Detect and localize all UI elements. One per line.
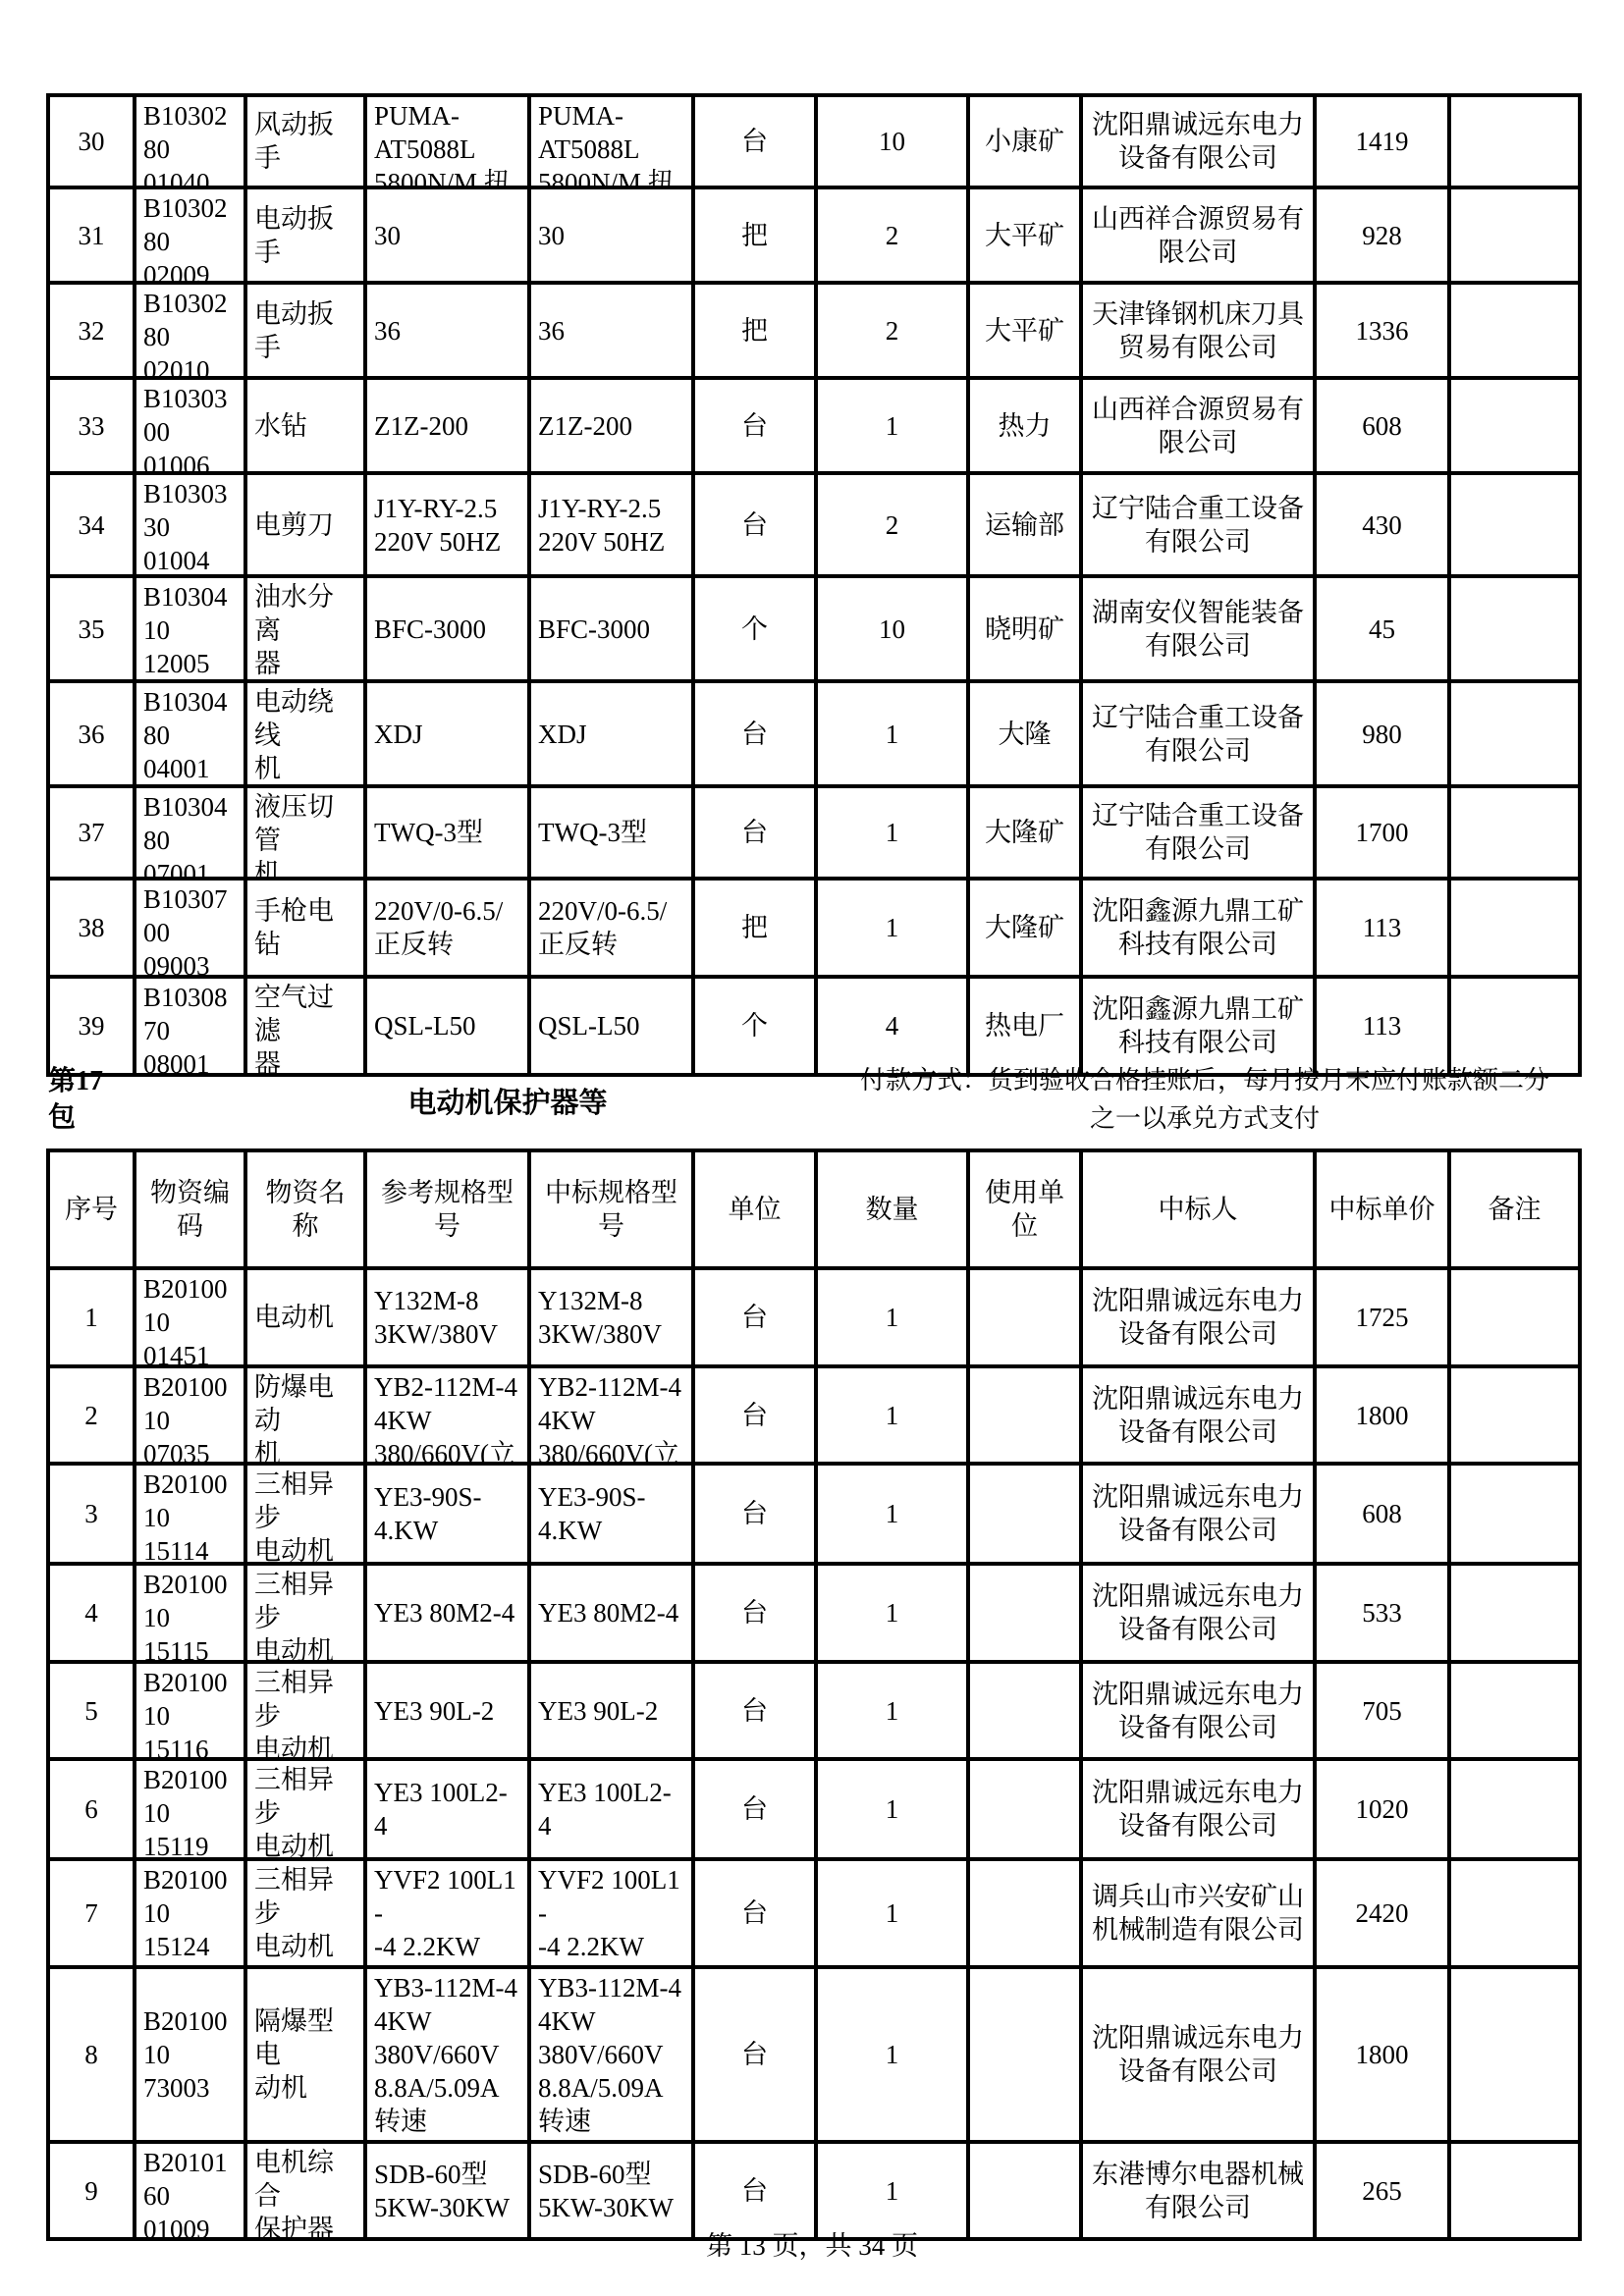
header-row: 序号物资编 码物资名称参考规格型 号中标规格型 号单位数量使用单位中标人中标单价…	[48, 1150, 1580, 1268]
cell-code: B1030480 04001	[135, 681, 245, 786]
cell-text	[970, 1807, 1079, 1811]
award-table-package-17: 序号物资编 码物资名称参考规格型 号中标规格型 号单位数量使用单位中标人中标单价…	[46, 1148, 1582, 2241]
cell-text: 台	[695, 2172, 814, 2210]
cell-qty: 1	[816, 681, 968, 786]
header-name: 物资名称	[245, 1150, 365, 1268]
table-row: 3B2010010 15114三相异步 电动机YE3-90S- 4.KWYE3-…	[48, 1464, 1580, 1564]
cell-text: 430	[1317, 507, 1447, 544]
cell-text: YB3-112M-4 4KW 380V/660V 8.8A/5.09A 转速	[367, 1969, 527, 2140]
cell-index: 33	[48, 378, 135, 473]
cell-user-unit: 大隆矿	[968, 786, 1081, 879]
cell-remark	[1449, 1268, 1580, 1366]
cell-text: 10	[818, 611, 966, 648]
cell-text: 小康矿	[970, 123, 1079, 160]
cell-user-unit	[968, 1464, 1081, 1564]
cell-text: 三相异步 电动机	[247, 1566, 363, 1660]
cell-text: 35	[50, 611, 133, 648]
cell-text	[970, 1611, 1079, 1615]
cell-text: 台	[695, 1895, 814, 1932]
cell-text: 个	[695, 1007, 814, 1044]
cell-text: 30	[50, 123, 133, 160]
cell-qty: 2	[816, 283, 968, 378]
cell-text	[1451, 830, 1578, 834]
cell-user-unit: 小康矿	[968, 95, 1081, 187]
cell-remark	[1449, 576, 1580, 681]
table-row: 8B2010010 73003隔爆型电 动机YB3-112M-4 4KW 380…	[48, 1967, 1580, 2142]
cell-price: 113	[1315, 879, 1449, 977]
cell-text: 电机综合 保护器	[247, 2144, 363, 2237]
table-row: 5B2010010 15116三相异步 电动机YE3 90L-2YE3 90L-…	[48, 1662, 1580, 1759]
cell-price: 980	[1315, 681, 1449, 786]
cell-name: 三相异步 电动机	[245, 1662, 365, 1759]
table-row: 37B1030480 07001液压切管 机TWQ-3型TWQ-3型台1大隆矿辽…	[48, 786, 1580, 879]
cell-text	[1451, 1709, 1578, 1713]
cell-index: 30	[48, 95, 135, 187]
cell-text	[970, 2189, 1079, 2193]
table-row: 31B1030280 02009电动扳手3030把2大平矿山西祥合源贸易有 限公…	[48, 187, 1580, 283]
cell-unit: 台	[693, 681, 816, 786]
cell-ref-spec: Z1Z-200	[365, 378, 529, 473]
package-section: 第17包 电动机保护器等 付款方式：货到验收合格挂账后，每月按月末应付账款额二分…	[46, 1053, 1578, 1148]
cell-ref-spec: Y132M-8 3KW/380V	[365, 1268, 529, 1366]
cell-win-spec: 30	[529, 187, 693, 283]
cell-remark	[1449, 1967, 1580, 2142]
table-row: 1B2010010 01451电动机Y132M-8 3KW/380VY132M-…	[48, 1268, 1580, 1366]
cell-unit: 台	[693, 378, 816, 473]
cell-text: J1Y-RY-2.5 220V 50HZ	[531, 490, 691, 561]
header-user-unit: 使用单位	[968, 1150, 1081, 1268]
cell-text: 沈阳鑫源九鼎工矿 科技有限公司	[1083, 892, 1313, 963]
cell-text: 5	[50, 1692, 133, 1730]
cell-index: 8	[48, 1967, 135, 2142]
cell-text: YB2-112M-4 4KW 380/660V(立	[367, 1368, 527, 1462]
cell-text: 台	[695, 1495, 814, 1532]
cell-user-unit	[968, 1967, 1081, 2142]
cell-remark	[1449, 681, 1580, 786]
cell-user-unit	[968, 1268, 1081, 1366]
cell-text: 1	[818, 716, 966, 753]
cell-text: 220V/0-6.5/ 正反转	[531, 892, 691, 963]
cell-qty: 1	[816, 1464, 968, 1564]
cell-price: 1020	[1315, 1759, 1449, 1859]
cell-user-unit: 大隆	[968, 681, 1081, 786]
cell-text: 沈阳鑫源九鼎工矿 科技有限公司	[1083, 990, 1313, 1061]
cell-text	[1451, 139, 1578, 143]
cell-unit: 台	[693, 1464, 816, 1564]
cell-text: 电动扳手	[247, 295, 363, 366]
cell-text: YVF2 100L1- -4 2.2KW 380V 5.2A	[367, 1861, 527, 1965]
cell-text: B2010010 73003	[136, 2002, 244, 2107]
cell-text: 4	[818, 1007, 966, 1044]
cell-text: 1700	[1317, 814, 1447, 851]
cell-index: 7	[48, 1859, 135, 1967]
cell-unit: 台	[693, 1967, 816, 2142]
cell-remark	[1449, 95, 1580, 187]
cell-user-unit	[968, 1859, 1081, 1967]
cell-text: 大平矿	[970, 312, 1079, 349]
cell-code: B1030410 12005	[135, 576, 245, 681]
cell-price: 2420	[1315, 1859, 1449, 1967]
cell-text: 3	[50, 1495, 133, 1532]
cell-ref-spec: YB3-112M-4 4KW 380V/660V 8.8A/5.09A 转速	[365, 1967, 529, 2142]
cell-text: 湖南安仪智能装备 有限公司	[1083, 594, 1313, 665]
cell-user-unit: 大隆矿	[968, 879, 1081, 977]
header-win-spec: 中标规格型 号	[529, 1150, 693, 1268]
cell-index: 2	[48, 1366, 135, 1464]
cell-ref-spec: YVF2 100L1- -4 2.2KW 380V 5.2A	[365, 1859, 529, 1967]
cell-code: B2010010 15124	[135, 1859, 245, 1967]
cell-text: 台	[695, 1397, 814, 1434]
cell-text: TWQ-3型	[531, 814, 691, 851]
table2-header: 序号物资编 码物资名称参考规格型 号中标规格型 号单位数量使用单位中标人中标单价…	[48, 1150, 1580, 1268]
cell-text: 电动机	[247, 1299, 363, 1336]
cell-remark	[1449, 187, 1580, 283]
cell-text: 台	[695, 123, 814, 160]
cell-index: 37	[48, 786, 135, 879]
cell-text: 台	[695, 1299, 814, 1336]
cell-user-unit	[968, 1366, 1081, 1464]
cell-text: B1030280 02009	[136, 189, 244, 281]
cell-text	[970, 1911, 1079, 1915]
cell-win-spec: YVF2 100L1- -4 2.2KW 380V 5.2A	[529, 1859, 693, 1967]
cell-text: B1030280 02010	[136, 285, 244, 376]
cell-ref-spec: 220V/0-6.5/ 正反转	[365, 879, 529, 977]
cell-text: 东港博尔电器机械 有限公司	[1083, 2156, 1313, 2226]
cell-text: 928	[1317, 217, 1447, 254]
cell-text: Y132M-8 3KW/380V	[367, 1282, 527, 1353]
cell-index: 3	[48, 1464, 135, 1564]
cell-text: 220V/0-6.5/ 正反转	[367, 892, 527, 963]
cell-text: J1Y-RY-2.5 220V 50HZ	[367, 490, 527, 561]
cell-text: 沈阳鼎诚远东电力 设备有限公司	[1083, 1774, 1313, 1844]
cell-name: 隔爆型电 动机	[245, 1967, 365, 2142]
cell-index: 34	[48, 473, 135, 576]
cell-price: 1700	[1315, 786, 1449, 879]
cell-winner: 辽宁陆合重工设备 有限公司	[1081, 786, 1315, 879]
cell-text: 9	[50, 2172, 133, 2210]
cell-text	[1451, 1807, 1578, 1811]
cell-ref-spec: YE3 80M2-4	[365, 1564, 529, 1662]
cell-text: 大隆	[970, 716, 1079, 753]
cell-text: YB3-112M-4 4KW 380V/660V 8.8A/5.09A 转速	[531, 1969, 691, 2140]
cell-text: 辽宁陆合重工设备 有限公司	[1083, 490, 1313, 561]
cell-text: 辽宁陆合重工设备 有限公司	[1083, 699, 1313, 770]
cell-winner: 山西祥合源贸易有 限公司	[1081, 378, 1315, 473]
cell-qty: 1	[816, 1759, 968, 1859]
cell-text: 2	[818, 217, 966, 254]
table2-body: 1B2010010 01451电动机Y132M-8 3KW/380VY132M-…	[48, 1268, 1580, 2239]
cell-user-unit: 热力	[968, 378, 1081, 473]
cell-text: 手枪电钻	[247, 892, 363, 963]
cell-text: 山西祥合源贸易有 限公司	[1083, 391, 1313, 461]
cell-text: YE3 80M2-4	[531, 1594, 691, 1631]
cell-user-unit	[968, 1759, 1081, 1859]
document-page: 30B1030280 01040风动扳手PUMA- AT5088L 5800N/…	[0, 0, 1624, 2296]
cell-text: 36	[50, 716, 133, 753]
header-code: 物资编 码	[135, 1150, 245, 1268]
cell-unit: 台	[693, 1564, 816, 1662]
cell-win-spec: YE3 90L-2	[529, 1662, 693, 1759]
cell-text: 608	[1317, 1495, 1447, 1532]
cell-text: 大隆矿	[970, 909, 1079, 946]
cell-ref-spec: 36	[365, 283, 529, 378]
cell-text: 705	[1317, 1692, 1447, 1730]
cell-code: B1030280 02010	[135, 283, 245, 378]
cell-name: 三相异步 电动机	[245, 1464, 365, 1564]
cell-text: 4	[50, 1594, 133, 1631]
cell-text: B2010010 15115	[136, 1566, 244, 1660]
cell-text: SDB-60型 5KW-30KW	[531, 2156, 691, 2226]
cell-win-spec: PUMA- AT5088L 5800N/M 扭	[529, 95, 693, 187]
cell-code: B2010010 15119	[135, 1759, 245, 1859]
cell-text: 热力	[970, 407, 1079, 445]
cell-remark	[1449, 1564, 1580, 1662]
cell-text	[970, 1709, 1079, 1713]
cell-win-spec: YE3-90S- 4.KW	[529, 1464, 693, 1564]
cell-text: 隔爆型电 动机	[247, 2002, 363, 2107]
cell-user-unit	[968, 1662, 1081, 1759]
table-row: 35B1030410 12005油水分离 器BFC-3000BFC-3000个1…	[48, 576, 1580, 681]
table-row: 7B2010010 15124三相异步 电动机YVF2 100L1- -4 2.…	[48, 1859, 1580, 1967]
cell-user-unit	[968, 1564, 1081, 1662]
cell-code: B1030280 02009	[135, 187, 245, 283]
cell-text: 1	[818, 2172, 966, 2210]
cell-qty: 1	[816, 378, 968, 473]
cell-text: 电动绕线 机	[247, 683, 363, 784]
cell-text: 使用单位	[970, 1174, 1079, 1245]
cell-ref-spec: TWQ-3型	[365, 786, 529, 879]
header-winner: 中标人	[1081, 1150, 1315, 1268]
cell-ref-spec: YE3 100L2-4	[365, 1759, 529, 1859]
cell-index: 6	[48, 1759, 135, 1859]
table-row: 30B1030280 01040风动扳手PUMA- AT5088L 5800N/…	[48, 95, 1580, 187]
cell-text: 533	[1317, 1594, 1447, 1631]
cell-code: B2010010 73003	[135, 1967, 245, 2142]
cell-text: 113	[1317, 1007, 1447, 1044]
cell-text: B2010010 01451	[136, 1270, 244, 1364]
cell-text	[970, 1512, 1079, 1516]
cell-text: 三相异步 电动机	[247, 1664, 363, 1757]
cell-price: 1336	[1315, 283, 1449, 378]
cell-text	[1451, 1611, 1578, 1615]
cell-unit: 台	[693, 1662, 816, 1759]
cell-text: 1800	[1317, 1397, 1447, 1434]
cell-text: 6	[50, 1790, 133, 1828]
cell-text: 物资名称	[247, 1174, 363, 1245]
cell-text: B1030330 01004	[136, 475, 244, 574]
header-price: 中标单价	[1315, 1150, 1449, 1268]
cell-win-spec: 36	[529, 283, 693, 378]
cell-text: 台	[695, 716, 814, 753]
cell-remark	[1449, 473, 1580, 576]
cell-unit: 台	[693, 1268, 816, 1366]
cell-unit: 个	[693, 576, 816, 681]
cell-text	[1451, 424, 1578, 428]
cell-text: 数量	[818, 1191, 966, 1228]
cell-text: 980	[1317, 716, 1447, 753]
cell-text: 沈阳鼎诚远东电力 设备有限公司	[1083, 1478, 1313, 1549]
cell-text: 1	[50, 1299, 133, 1336]
cell-text: YE3-90S- 4.KW	[531, 1478, 691, 1549]
cell-text: B2010010 15124	[136, 1861, 244, 1965]
header-index: 序号	[48, 1150, 135, 1268]
cell-qty: 1	[816, 786, 968, 879]
cell-name: 电剪刀	[245, 473, 365, 576]
cell-text: XDJ	[531, 716, 691, 753]
cell-ref-spec: YB2-112M-4 4KW 380/660V(立	[365, 1366, 529, 1464]
cell-text: 沈阳鼎诚远东电力 设备有限公司	[1083, 2019, 1313, 2090]
cell-remark	[1449, 786, 1580, 879]
cell-qty: 1	[816, 1268, 968, 1366]
cell-unit: 把	[693, 283, 816, 378]
cell-text: YE3 90L-2	[367, 1692, 527, 1730]
cell-index: 36	[48, 681, 135, 786]
cell-winner: 沈阳鼎诚远东电力 设备有限公司	[1081, 1464, 1315, 1564]
package-title: 电动机保护器等	[301, 1081, 714, 1121]
cell-win-spec: YE3 80M2-4	[529, 1564, 693, 1662]
cell-qty: 2	[816, 187, 968, 283]
cell-text: 1	[818, 1594, 966, 1631]
cell-text: B1030280 01040	[136, 97, 244, 186]
cell-text	[1451, 732, 1578, 736]
cell-text	[1451, 1315, 1578, 1319]
table-row: 6B2010010 15119三相异步 电动机YE3 100L2-4YE3 10…	[48, 1759, 1580, 1859]
cell-name: 电动扳手	[245, 283, 365, 378]
page-footer: 第 13 页，共 34 页	[0, 2224, 1624, 2263]
header-unit: 单位	[693, 1150, 816, 1268]
cell-text: 台	[695, 814, 814, 851]
cell-text: 山西祥合源贸易有 限公司	[1083, 200, 1313, 271]
cell-win-spec: BFC-3000	[529, 576, 693, 681]
payment-terms: 付款方式：货到验收合格挂账后，每月按月末应付账款额二分之一以承兑方式支付	[851, 1061, 1558, 1138]
cell-text: 晓明矿	[970, 611, 1079, 648]
cell-win-spec: XDJ	[529, 681, 693, 786]
cell-text: 1	[818, 909, 966, 946]
cell-text: 电剪刀	[247, 507, 363, 544]
cell-remark	[1449, 1759, 1580, 1859]
cell-text: 中标人	[1083, 1191, 1313, 1228]
cell-text: 沈阳鼎诚远东电力 设备有限公司	[1083, 1676, 1313, 1746]
header-ref-spec: 参考规格型 号	[365, 1150, 529, 1268]
cell-remark	[1449, 1662, 1580, 1759]
cell-text: 三相异步 电动机	[247, 1466, 363, 1562]
cell-text: 台	[695, 1692, 814, 1730]
cell-text: 把	[695, 909, 814, 946]
cell-text	[1451, 1414, 1578, 1417]
cell-qty: 1	[816, 1564, 968, 1662]
cell-price: 608	[1315, 1464, 1449, 1564]
cell-text: YVF2 100L1- -4 2.2KW 380V 5.2A	[531, 1861, 691, 1965]
cell-winner: 天津锋钢机床刀具 贸易有限公司	[1081, 283, 1315, 378]
cell-text: 防爆电动 机	[247, 1368, 363, 1462]
cell-code: B1030280 01040	[135, 95, 245, 187]
cell-text: 1419	[1317, 123, 1447, 160]
cell-text: 36	[367, 312, 527, 349]
cell-win-spec: YE3 100L2-4	[529, 1759, 693, 1859]
cell-text: 1	[818, 1895, 966, 1932]
cell-win-spec: Y132M-8 3KW/380V	[529, 1268, 693, 1366]
cell-text: 备注	[1451, 1191, 1578, 1228]
cell-text	[970, 1315, 1079, 1319]
cell-text: QSL-L50	[531, 1007, 691, 1044]
cell-text: 台	[695, 1594, 814, 1631]
cell-text: 把	[695, 312, 814, 349]
cell-text: 7	[50, 1895, 133, 1932]
cell-win-spec: YB3-112M-4 4KW 380V/660V 8.8A/5.09A 转速	[529, 1967, 693, 2142]
table-row: 36B1030480 04001电动绕线 机XDJXDJ台1大隆辽宁陆合重工设备…	[48, 681, 1580, 786]
cell-code: B2010010 15116	[135, 1662, 245, 1759]
cell-winner: 调兵山市兴安矿山 机械制造有限公司	[1081, 1859, 1315, 1967]
cell-ref-spec: YE3-90S- 4.KW	[365, 1464, 529, 1564]
cell-remark	[1449, 1366, 1580, 1464]
cell-text	[1451, 523, 1578, 527]
cell-name: 油水分离 器	[245, 576, 365, 681]
cell-text: 辽宁陆合重工设备 有限公司	[1083, 797, 1313, 868]
table-row: 4B2010010 15115三相异步 电动机YE3 80M2-4YE3 80M…	[48, 1564, 1580, 1662]
cell-text: PUMA- AT5088L 5800N/M 扭	[367, 97, 527, 186]
cell-text: 油水分离 器	[247, 578, 363, 679]
cell-qty: 1	[816, 879, 968, 977]
cell-winner: 沈阳鑫源九鼎工矿 科技有限公司	[1081, 879, 1315, 977]
cell-text	[1451, 234, 1578, 238]
cell-winner: 辽宁陆合重工设备 有限公司	[1081, 681, 1315, 786]
cell-winner: 沈阳鼎诚远东电力 设备有限公司	[1081, 95, 1315, 187]
cell-text: B2010010 15116	[136, 1664, 244, 1757]
cell-remark	[1449, 1859, 1580, 1967]
cell-text	[1451, 926, 1578, 930]
cell-text: 608	[1317, 407, 1447, 445]
cell-text: 运输部	[970, 507, 1079, 544]
cell-text: B1030480 04001	[136, 683, 244, 784]
cell-text: YE3 100L2-4	[531, 1774, 691, 1844]
cell-text: 1800	[1317, 2036, 1447, 2073]
cell-ref-spec: XDJ	[365, 681, 529, 786]
cell-price: 928	[1315, 187, 1449, 283]
cell-text: 36	[531, 312, 691, 349]
cell-text: YE3-90S- 4.KW	[367, 1478, 527, 1549]
cell-user-unit: 大平矿	[968, 187, 1081, 283]
cell-remark	[1449, 283, 1580, 378]
cell-text: 1	[818, 1790, 966, 1828]
cell-text: 参考规格型 号	[367, 1174, 527, 1245]
cell-user-unit: 运输部	[968, 473, 1081, 576]
cell-index: 38	[48, 879, 135, 977]
cell-win-spec: 220V/0-6.5/ 正反转	[529, 879, 693, 977]
cell-text: 8	[50, 2036, 133, 2073]
cell-text: PUMA- AT5088L 5800N/M 扭	[531, 97, 691, 186]
cell-text: B2010010 07035	[136, 1368, 244, 1462]
cell-text: 电动扳手	[247, 200, 363, 271]
cell-winner: 沈阳鼎诚远东电力 设备有限公司	[1081, 1759, 1315, 1859]
cell-price: 533	[1315, 1564, 1449, 1662]
cell-text: 1725	[1317, 1299, 1447, 1336]
cell-unit: 把	[693, 187, 816, 283]
cell-winner: 沈阳鼎诚远东电力 设备有限公司	[1081, 1564, 1315, 1662]
cell-text: 30	[367, 217, 527, 254]
cell-qty: 10	[816, 95, 968, 187]
cell-price: 1725	[1315, 1268, 1449, 1366]
cell-text: 37	[50, 814, 133, 851]
cell-index: 32	[48, 283, 135, 378]
table1-body: 30B1030280 01040风动扳手PUMA- AT5088L 5800N/…	[48, 95, 1580, 1075]
cell-text: YE3 100L2-4	[367, 1774, 527, 1844]
cell-unit: 台	[693, 1366, 816, 1464]
cell-text: 沈阳鼎诚远东电力 设备有限公司	[1083, 1282, 1313, 1353]
cell-text: 45	[1317, 611, 1447, 648]
cell-text: 三相异步 电动机	[247, 1861, 363, 1965]
cell-winner: 沈阳鼎诚远东电力 设备有限公司	[1081, 1366, 1315, 1464]
cell-unit: 台	[693, 786, 816, 879]
